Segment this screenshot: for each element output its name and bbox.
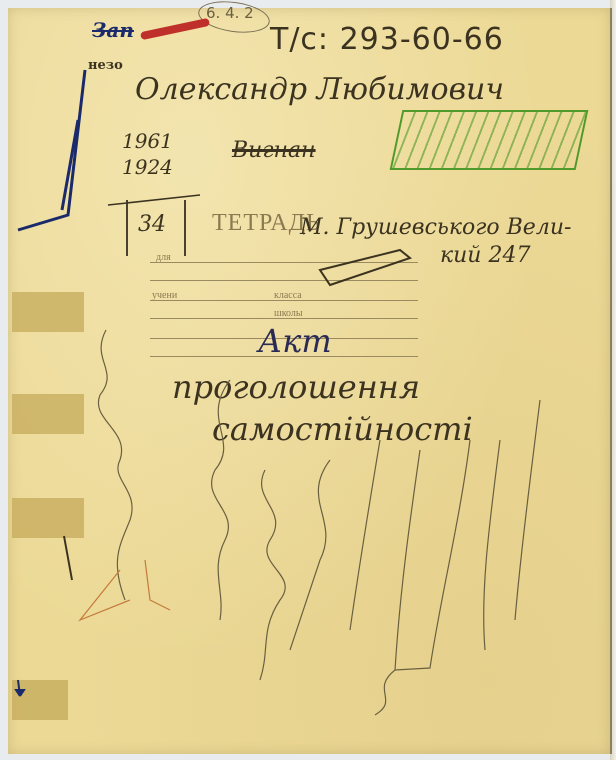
pencil-scribbles (0, 0, 616, 760)
